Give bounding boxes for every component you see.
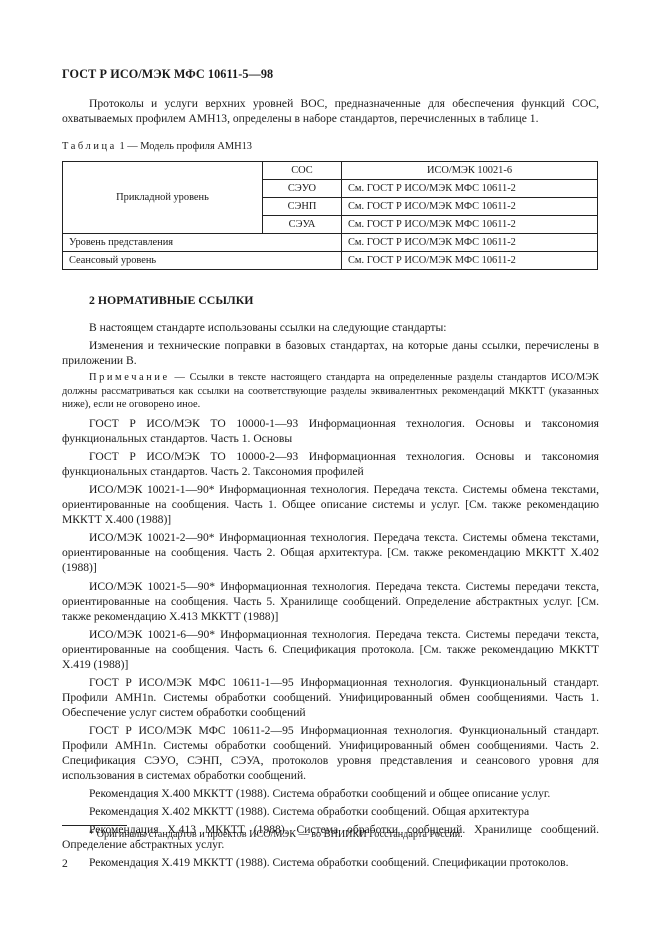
reference-item: ИСО/МЭК 10021-2—90* Информационная техно… [62,530,599,575]
reference-item: ГОСТ Р ИСО/МЭК МФС 10611-2—95 Информацио… [62,723,599,783]
service-cell: СЭУО [263,180,342,198]
table-row: Уровень представления См. ГОСТ Р ИСО/МЭК… [63,234,598,252]
footnote: * Оригиналы стандартов и проектов ИСО/МЭ… [89,829,463,840]
reference-cell: См. ГОСТ Р ИСО/МЭК МФС 10611-2 [342,216,598,234]
application-level-cell: Прикладной уровень [63,162,263,234]
reference-cell: ИСО/МЭК 10021-6 [342,162,598,180]
note-paragraph: Примечание — Ссылки в тексте настоящего … [62,371,599,412]
service-cell: СОС [263,162,342,180]
table-caption-label: Таблица [62,141,117,152]
reference-item: ГОСТ Р ИСО/МЭК ТО 10000-2—93 Информацион… [62,449,599,479]
section-paragraph: Изменения и технические поправки в базов… [62,338,599,368]
reference-item: Рекомендация X.419 МККТТ (1988). Система… [62,855,599,870]
reference-cell: См. ГОСТ Р ИСО/МЭК МФС 10611-2 [342,252,598,270]
reference-cell: См. ГОСТ Р ИСО/МЭК МФС 10611-2 [342,234,598,252]
footnote-divider [62,825,127,826]
reference-item: ИСО/МЭК 10021-5—90* Информационная техно… [62,579,599,624]
document-header: ГОСТ Р ИСО/МЭК МФС 10611-5—98 [62,67,273,82]
table-caption: Таблица 1 — Модель профиля АМН13 [62,141,252,152]
reference-item: Рекомендация X.402 МККТТ (1988). Система… [62,804,599,819]
reference-item: Рекомендация X.400 МККТТ (1988). Система… [62,786,599,801]
presentation-level-cell: Уровень представления [63,234,342,252]
session-level-cell: Сеансовый уровень [63,252,342,270]
reference-item: ГОСТ Р ИСО/МЭК МФС 10611-1—95 Информацио… [62,675,599,720]
table-caption-text: 1 — Модель профиля АМН13 [119,141,252,152]
profile-model-table: Прикладной уровень СОС ИСО/МЭК 10021-6 С… [62,161,598,270]
note-label: Примечание [89,372,170,383]
service-cell: СЭНП [263,198,342,216]
page-number: 2 [62,857,68,870]
reference-item: ГОСТ Р ИСО/МЭК ТО 10000-1—93 Информацион… [62,416,599,446]
reference-item: ИСО/МЭК 10021-1—90* Информационная техно… [62,482,599,527]
reference-cell: См. ГОСТ Р ИСО/МЭК МФС 10611-2 [342,180,598,198]
intro-paragraph: Протоколы и услуги верхних уровней ВОС, … [62,96,599,126]
table-row: Сеансовый уровень См. ГОСТ Р ИСО/МЭК МФС… [63,252,598,270]
section-title: 2 НОРМАТИВНЫЕ ССЫЛКИ [89,293,253,308]
service-cell: СЭУА [263,216,342,234]
section-paragraph: В настоящем стандарте использованы ссылк… [62,320,599,335]
reference-item: ИСО/МЭК 10021-6—90* Информационная техно… [62,627,599,672]
table-row: Прикладной уровень СОС ИСО/МЭК 10021-6 [63,162,598,180]
reference-cell: См. ГОСТ Р ИСО/МЭК МФС 10611-2 [342,198,598,216]
